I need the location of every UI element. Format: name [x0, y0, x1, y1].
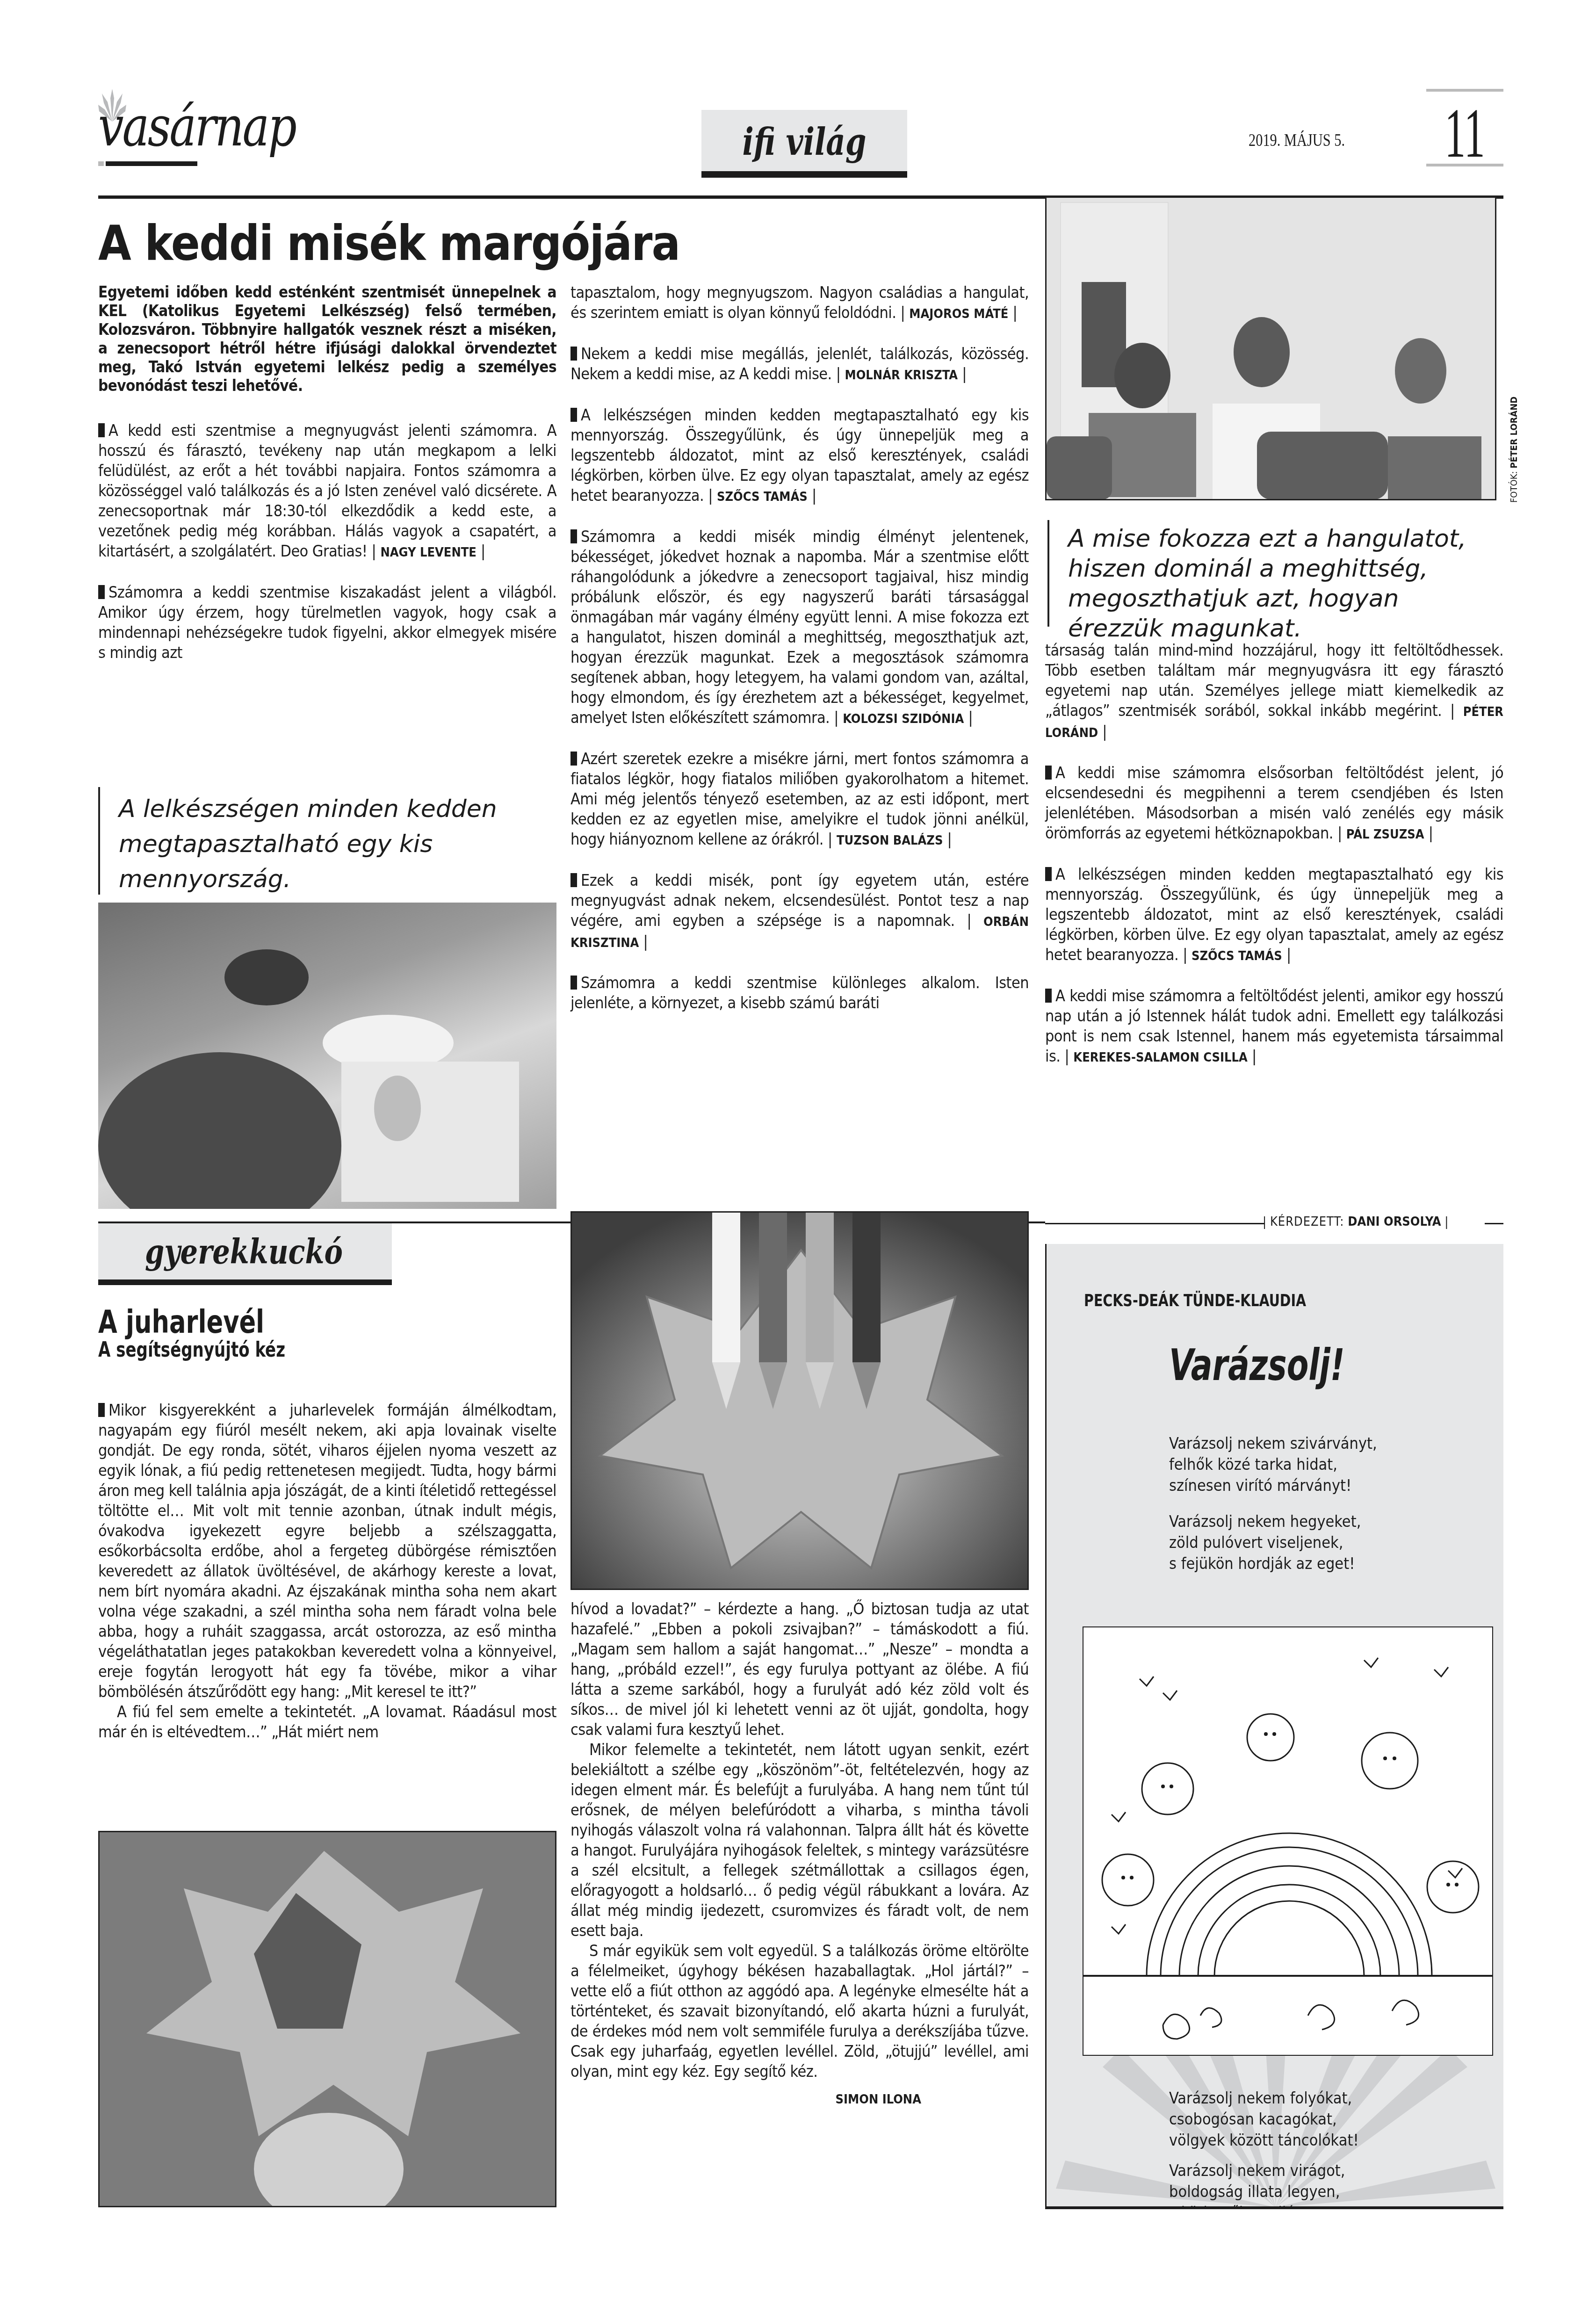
paragraph-marker-icon	[571, 873, 577, 887]
photo-scene	[100, 1832, 556, 2206]
page-number-rule-bottom	[1426, 164, 1503, 166]
quote-item: Számomra a keddi szentmise kiszakadást j…	[98, 583, 556, 663]
issue-date: 2019. MÁJUS 5.	[1249, 131, 1345, 150]
quote-item: Számomra a keddi misék mindig élményt je…	[571, 527, 1029, 729]
poem-stanza-1: Varázsolj nekem szivárványt,felhők közé …	[1169, 1433, 1377, 1496]
poem-stanza-4: Varázsolj nekem virágot,boldogság illata…	[1169, 2161, 1345, 2207]
quote-author: MOLNÁR KRISZTA	[845, 368, 958, 383]
interviewer-rule-left	[1045, 1223, 1265, 1224]
paragraph-marker-icon	[1045, 989, 1052, 1003]
photo-mass-table	[98, 903, 556, 1209]
coloring-picture-rainbow	[1083, 1626, 1493, 2056]
paragraph-marker-icon	[571, 347, 577, 361]
article-col-2: tapasztalom, hogy megnyugszom. Nagyon cs…	[571, 283, 1029, 1013]
story-col-2: hívod a lovadat?” – kérdezte a hang. „Ő …	[571, 1599, 1029, 2109]
story-col-1: Mikor kisgyerekként a juharlevelek formá…	[98, 1401, 556, 1742]
paragraph-marker-icon	[571, 752, 577, 766]
quote-item: A lelkészségen minden kedden megtapaszta…	[571, 405, 1029, 507]
logo-text: vasárnap	[98, 98, 296, 154]
quote-item: Számomra a keddi szentmise különleges al…	[571, 973, 1029, 1013]
article-headline: A keddi misék margójára	[98, 215, 680, 271]
kids-section-label: gyerekkuckó	[145, 1231, 343, 1273]
paragraph-marker-icon	[98, 423, 105, 437]
story-headline: A juharlevél	[98, 1305, 264, 1340]
page-number: 11	[1442, 98, 1488, 168]
poem-stanza-3: Varázsolj nekem folyókat,csobogósan kaca…	[1169, 2088, 1359, 2151]
page-number-rule-top	[1426, 89, 1503, 92]
quote-author: KOLOZSI SZIDÓNIA	[843, 712, 964, 726]
quote-author: MAJOROS MÁTÉ	[909, 307, 1008, 321]
rainbow-clouds-illustration	[1083, 1627, 1492, 2055]
photo-leaf-pencils	[571, 1211, 1029, 1590]
paragraph-marker-icon	[1045, 867, 1052, 881]
article-col-1: Egyetemi időben kedd esténként szentmisé…	[98, 283, 556, 663]
photo-scene	[98, 903, 556, 1209]
quote-author: NAGY LEVENTE	[380, 545, 476, 560]
article-col-3: társaság talán mind-mind hozzájárul, hog…	[1045, 641, 1503, 1068]
kids-section-label-box: gyerekkuckó	[98, 1223, 392, 1285]
quote-item: A kedd esti szentmise a megnyugvást jele…	[98, 421, 556, 563]
pull-quote-left: A lelkészségen minden kedden megtapaszta…	[98, 787, 540, 895]
logo-underline	[98, 161, 104, 166]
quote-item: A keddi mise számomra elsősorban feltölt…	[1045, 763, 1503, 845]
poem-title: Varázsolj!	[1169, 1340, 1345, 1391]
quote-item: Nekem a keddi mise megállás, jelenlét, t…	[571, 344, 1029, 385]
quote-item: Azért szeretek ezekre a misékre járni, m…	[571, 749, 1029, 851]
quote-author: TUZSON BALÁZS	[837, 833, 943, 848]
quote-author: KEREKES-SALAMON CSILLA	[1073, 1050, 1248, 1065]
quote-item-continued: társaság talán mind-mind hozzájárul, hog…	[1045, 641, 1503, 743]
pull-quote-right: A mise fokozza ezt a hangulatot, hiszen …	[1047, 520, 1498, 627]
poem-author: PECKS-DEÁK TÜNDE-KLAUDIA	[1084, 1291, 1306, 1311]
quote-item: A lelkészségen minden kedden megtapaszta…	[1045, 865, 1503, 966]
photo-scene	[1047, 198, 1495, 499]
logo-underline-bar	[106, 161, 197, 166]
paragraph-marker-icon	[98, 585, 105, 599]
paragraph-marker-icon	[571, 976, 577, 990]
photo-maple-leaves-hands	[98, 1831, 556, 2207]
paragraph-marker-icon	[571, 408, 577, 422]
section-label-box: ifi világ	[701, 110, 907, 178]
poem-stanza-2: Varázsolj nekem hegyeket,zöld pulóvert v…	[1169, 1511, 1361, 1575]
article-lead: Egyetemi időben kedd esténként szentmisé…	[98, 283, 556, 395]
quote-item: A keddi mise számomra a feltöltődést jel…	[1045, 986, 1503, 1068]
photo-credit: FOTÓK: PÉTER LORÁND	[1508, 397, 1519, 503]
logo: vasárnap	[98, 89, 351, 168]
quote-author: SZŐCS TAMÁS	[717, 490, 808, 504]
interviewer-credit: | KÉRDEZETT: DANI ORSOLYA |	[1263, 1213, 1448, 1231]
masthead: vasárnap ifi világ 2019. MÁJUS 5. 11	[98, 89, 1503, 199]
paragraph-marker-icon	[98, 1403, 105, 1417]
interviewer-rule-right	[1485, 1223, 1503, 1224]
section-label: ifi világ	[722, 118, 887, 165]
quote-item: Ezek a keddi misék, pont így egyetem utá…	[571, 871, 1029, 953]
quote-author: SZŐCS TAMÁS	[1192, 949, 1282, 963]
quote-item-continued: tapasztalom, hogy megnyugszom. Nagyon cs…	[571, 283, 1029, 324]
story-subheadline: A segítségnyújtó kéz	[98, 1338, 285, 1362]
quote-author: PÁL ZSUZSA	[1346, 827, 1424, 842]
paragraph-marker-icon	[571, 529, 577, 543]
poem-box: PECKS-DEÁK TÜNDE-KLAUDIA Varázsolj! Vará…	[1045, 1244, 1503, 2207]
photo-music-group	[1045, 196, 1496, 500]
photo-scene	[572, 1213, 1028, 1589]
paragraph-marker-icon	[1045, 766, 1052, 780]
story-author: SIMON ILONA	[571, 2090, 1029, 2109]
bottom-rule	[1045, 2206, 1503, 2209]
